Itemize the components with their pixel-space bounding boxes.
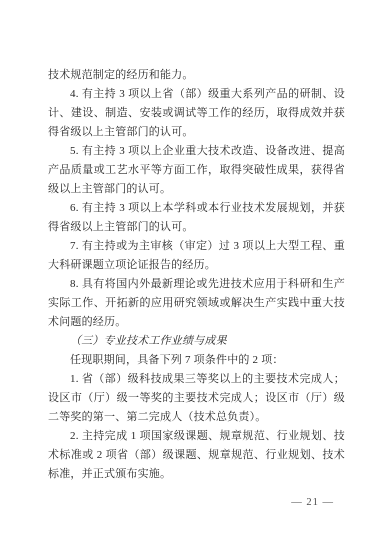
page-number: — 21 —: [291, 495, 334, 510]
clause-item-8: 8. 具有将国内外最新理论或先进技术应用于科研和生产实际工作、开拓新的应用研究领…: [48, 275, 345, 332]
document-page: 技术规范制定的经历和能力。 4. 有主持 3 项以上省（部）级重大系列产品的研制…: [0, 0, 390, 551]
conditions-intro: 任现职期间，具备下列 7 项条件中的 2 项：: [48, 351, 345, 370]
clause-item-4: 4. 有主持 3 项以上省（部）级重大系列产品的研制、设计、建设、制造、安装或调…: [48, 85, 345, 142]
body-text: 技术规范制定的经历和能力。 4. 有主持 3 项以上省（部）级重大系列产品的研制…: [48, 66, 345, 484]
clause-item-1: 1. 省（部）级科技成果三等奖以上的主要技术完成人；设区市（厅）级一等奖的主要技…: [48, 370, 345, 427]
clause-item-7: 7. 有主持或为主审核（审定）过 3 项以上大型工程、重大科研课题立项论证报告的…: [48, 237, 345, 275]
paragraph-continuation: 技术规范制定的经历和能力。: [48, 66, 345, 85]
clause-item-6: 6. 有主持 3 项以上本学科或本行业技术发展规划，并获得省级以上主管部门的认可…: [48, 199, 345, 237]
section-heading: （三）专业技术工作业绩与成果: [48, 332, 345, 351]
clause-item-2: 2. 主持完成 1 项国家级课题、规章规范、行业规划、技术标准或 2 项省（部）…: [48, 427, 345, 484]
clause-item-5: 5. 有主持 3 项以上企业重大技术改造、设备改进、提高产品质量或工艺水平等方面…: [48, 142, 345, 199]
